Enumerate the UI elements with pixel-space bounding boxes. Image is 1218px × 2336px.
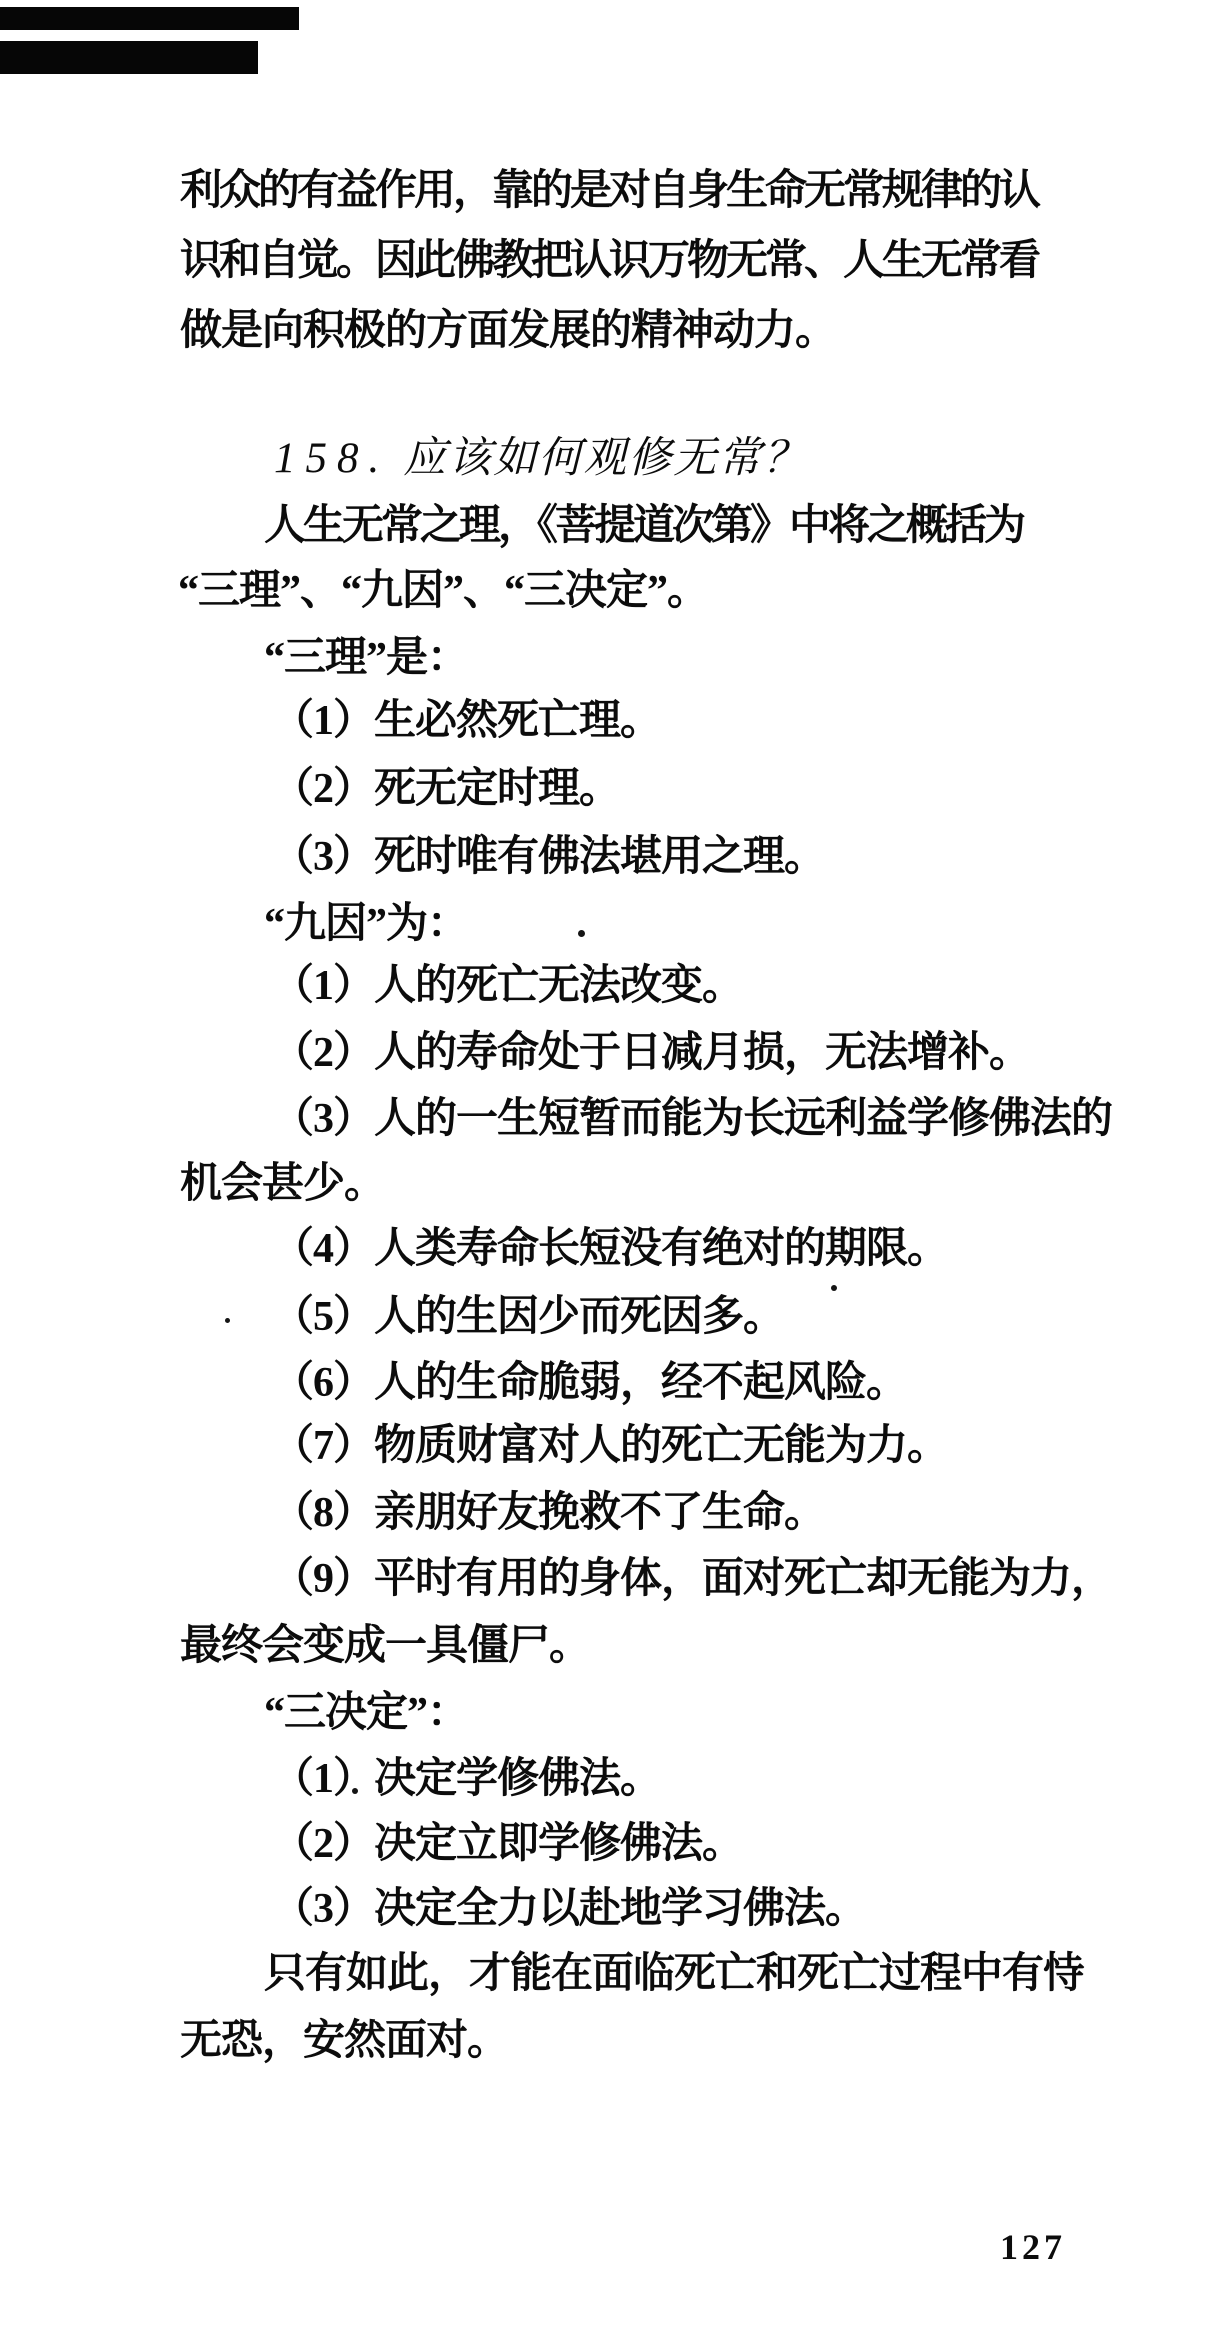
text-line: 只有如此，才能在面临死亡和死亡过程中有恃	[264, 1953, 1084, 1995]
text-line: 识和自觉。因此佛教把认识万物无常、人生无常看	[180, 240, 1038, 282]
text-line: 人生无常之理，《菩提道次第》中将之概括为	[264, 505, 1023, 547]
ink-speck-4	[352, 1788, 358, 1794]
list-item: （1）生必然死亡理。	[272, 700, 661, 742]
list-item: （4）人类寿命长短没有绝对的期限。	[272, 1228, 948, 1270]
scan-artifact-bar-top-2	[0, 41, 258, 74]
list-item: （1）决定学修佛法。	[272, 1758, 661, 1800]
list-item: （2）人的寿命处于日减月损，无法增补。	[272, 1032, 1030, 1074]
list-item: （3）死时唯有佛法堪用之理。	[272, 836, 825, 878]
scan-artifact-bar-top-1	[0, 7, 299, 30]
list-title: “三理”是：	[264, 637, 468, 679]
section-heading: 158.应该如何观修无常？	[274, 437, 808, 480]
list-item: （5）人的生因少而死因多。	[272, 1296, 784, 1338]
list-item: （7）物质财富对人的死亡无能为力。	[272, 1425, 948, 1467]
scanned-book-page: 利众的有益作用，靠的是对自身生命无常规律的认 识和自觉。因此佛教把认识万物无常、…	[0, 0, 1218, 2336]
heading-title: 应该如何观修无常？	[403, 435, 808, 482]
text-line: 无恐，安然面对。	[180, 2020, 508, 2062]
list-item: （6）人的生命脆弱，经不起风险。	[272, 1362, 907, 1404]
ink-speck-1	[578, 930, 585, 937]
list-item: （1）人的死亡无法改变。	[272, 965, 743, 1007]
text-line: 机会甚少。	[180, 1163, 385, 1205]
list-item: （8）亲朋好友挽救不了生命。	[272, 1492, 825, 1534]
page-number: 127	[1000, 2226, 1066, 2268]
text-line: 做是向积极的方面发展的精神动力。	[180, 310, 836, 352]
list-item: （3）决定全力以赴地学习佛法。	[272, 1888, 866, 1930]
text-line: “三理”、“九因”、“三决定”。	[178, 570, 708, 612]
list-item: （9）平时有用的身体，面对死亡却无能为力，	[272, 1558, 1112, 1600]
heading-number: 158.	[274, 435, 389, 482]
list-item: （2）死无定时理。	[272, 768, 620, 810]
ink-speck-2	[831, 1285, 837, 1291]
text-line: 最终会变成一具僵尸。	[180, 1625, 590, 1667]
list-title: “九因”为：	[264, 903, 468, 945]
ink-speck-3	[225, 1318, 230, 1323]
list-item: （2）决定立即学修佛法。	[272, 1823, 743, 1865]
text-line: 利众的有益作用，靠的是对自身生命无常规律的认	[180, 170, 1038, 212]
list-item: （3）人的一生短暂而能为长远利益学修佛法的	[272, 1098, 1112, 1140]
list-title: “三决定”：	[264, 1692, 468, 1734]
